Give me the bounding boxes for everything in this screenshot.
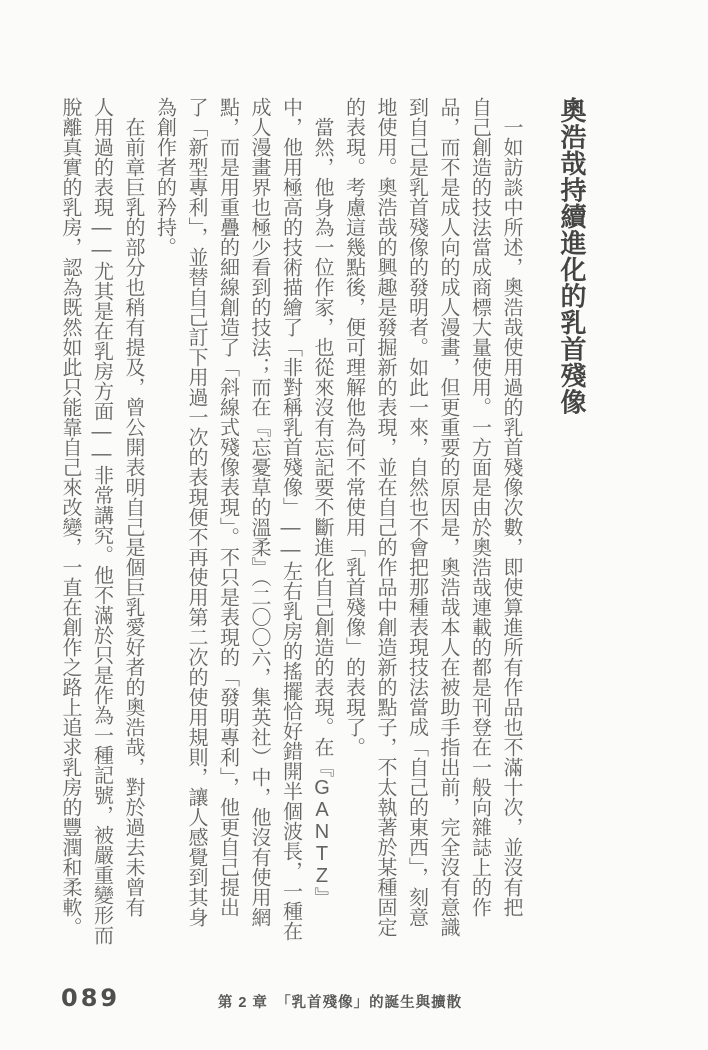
book-page: 奧浩哉持續進化的乳首殘像 一如訪談中所述，奧浩哉使用過的乳首殘像次數，即使算進所… xyxy=(0,0,708,1050)
paragraph-1: 一如訪談中所述，奧浩哉使用過的乳首殘像次數，即使算進所有作品也不滿十次，並沒有把… xyxy=(337,97,526,945)
text-column: 品，而不是成人向的成人漫畫，但更重要的原因是，奧浩哉本人在被助手指出前，完全沒有… xyxy=(432,97,464,945)
text-column: 的表現。考慮這幾點後，便可理解他為何不常使用「乳首殘像」的表現了。 xyxy=(337,97,369,945)
paragraph-3: 在前章巨乳的部分也稍有提及，曾公開表明自己是個巨乳愛好者的奧浩哉，對於過去未曾有… xyxy=(54,97,149,945)
text-column: 人用過的表現——尤其是在乳房方面——非常講究。他不滿於只是作為一種記號，被嚴重變… xyxy=(85,97,117,945)
text-column: 點，而是用重疊的細線創造了「斜線式殘像表現」。不只是表現的「發明專利」，他更自己… xyxy=(211,97,243,945)
text-column: 了「新型專利」，並替自己訂下用過一次的表現便不再使用第二次的使用規則，讓人感覺到… xyxy=(180,97,212,945)
paragraph-2: 當然，他身為一位作家，也從來沒有忘記要不斷進化自己創造的表現。在『GANTZ』 … xyxy=(148,97,337,945)
text-column: 地使用。奧浩哉的興趣是發掘新的表現，並在自己的作品中創造新的點子，不太執著於某種… xyxy=(369,97,401,945)
text-column: 中，他用極高的技術描繪了「非對稱乳首殘像」——左右乳房的搖擺恰好錯開半個波長，一… xyxy=(274,97,306,945)
text-column: 在前章巨乳的部分也稍有提及，曾公開表明自己是個巨乳愛好者的奧浩哉，對於過去未曾有 xyxy=(117,97,149,945)
text-column: 為創作者的矜持。 xyxy=(148,97,180,945)
text-column: 到自己是乳首殘像的發明者。如此一來，自然也不會把那種表現技法當成「自己的東西」，… xyxy=(400,97,432,945)
text-column: 當然，他身為一位作家，也從來沒有忘記要不斷進化自己創造的表現。在『GANTZ』 xyxy=(306,97,338,945)
text-column: 自己創造的技法當成商標大量使用。一方面是由於奧浩哉連載的都是刊登在一般向雜誌上的… xyxy=(463,97,495,945)
text-column: 成人漫畫界也極少看到的技法；而在『忘憂草的溫柔』（二〇〇六，集英社）中，他沒有使… xyxy=(243,97,275,945)
running-footer-chapter: 第 2 章 「乳首殘像」的誕生與擴散 xyxy=(0,991,680,1012)
vertical-text-block: 奧浩哉持續進化的乳首殘像 一如訪談中所述，奧浩哉使用過的乳首殘像次數，即使算進所… xyxy=(54,97,591,945)
section-title: 奧浩哉持續進化的乳首殘像 xyxy=(554,97,590,945)
text-column: 一如訪談中所述，奧浩哉使用過的乳首殘像次數，即使算進所有作品也不滿十次，並沒有把 xyxy=(495,97,527,945)
text-column: 脫離真實的乳房，認為既然如此只能靠自己來改變，一直在創作之路上追求乳房的豐潤和柔… xyxy=(54,97,86,945)
